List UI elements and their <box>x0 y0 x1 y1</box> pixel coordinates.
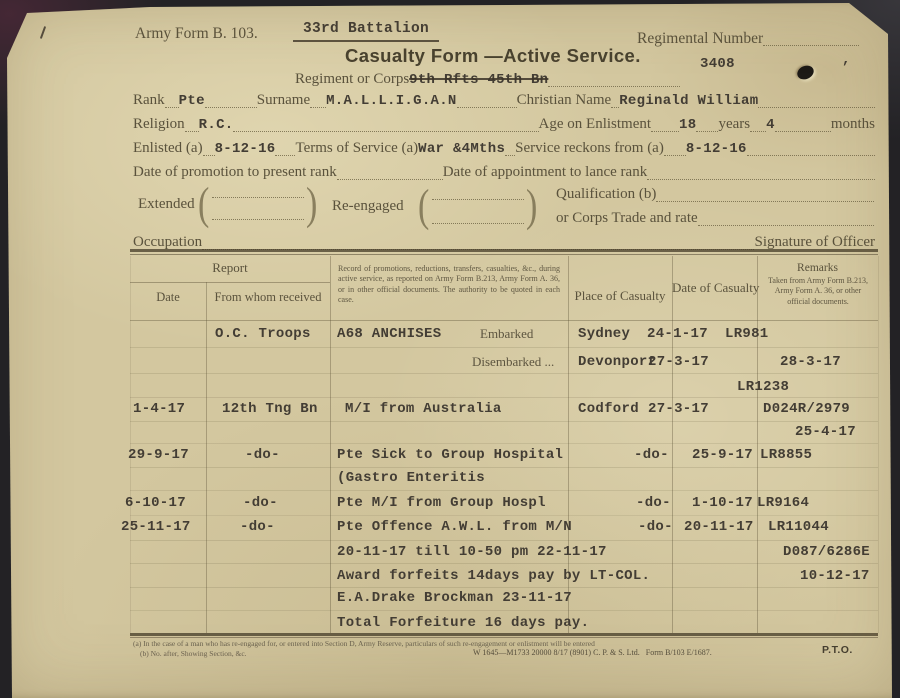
cell-record: Award forfeits 14days pay by LT-COL. <box>337 568 650 584</box>
paper-hole <box>795 63 816 82</box>
form-title: Casualty Form —Active Service. <box>345 45 641 67</box>
open-brace: ( <box>418 187 429 228</box>
service-reckons-label: Service reckons from (a) <box>515 140 664 157</box>
pencil-mark <box>40 26 46 39</box>
promotion-label: Date of promotion to present rank <box>133 164 337 181</box>
religion-value: R.C. <box>199 117 234 133</box>
regimental-number-label: Regimental Number <box>637 30 763 48</box>
report-header: Report <box>130 260 330 276</box>
cell-place: -do- <box>636 495 671 511</box>
cell-casualty-date: 1-10-17 <box>692 495 753 511</box>
close-brace: ) <box>526 187 537 228</box>
table-border <box>878 256 879 633</box>
cell-from-whom: -do- <box>245 447 280 463</box>
cell-casualty-date: 24-1-17 <box>647 326 708 342</box>
service-reckons-value: 8-12-16 <box>686 141 747 157</box>
terms-label: Terms of Service (a) <box>295 140 418 157</box>
embarked-label: Embarked <box>480 326 533 342</box>
screenshot-root: { "header": { "army_form": "Army Form B.… <box>0 0 900 698</box>
disembarked-label: Disembarked ... <box>472 354 554 370</box>
cell-casualty-date: 20-11-17 <box>684 519 754 535</box>
remarks-note: Taken from Army Form B.213, Army Form A.… <box>765 276 871 307</box>
table-row: E.A.Drake Brockman 23-11-17 <box>0 590 900 610</box>
table-row: 6-10-17 -do- Pte M/I from Group Hospl -d… <box>0 495 900 515</box>
age-label: Age on Enlistment <box>539 116 652 133</box>
cell-record: (Gastro Enteritis <box>337 470 485 486</box>
cell-record: Pte M/I from Group Hospl <box>337 495 546 511</box>
age-years-value: 18 <box>679 117 696 133</box>
date-header: Date <box>130 290 206 305</box>
table-row: Total Forfeiture 16 days pay. <box>0 615 900 635</box>
surname-value: M.A.L.L.I.G.A.N <box>326 93 457 109</box>
dotted-leader <box>763 34 859 46</box>
cell-place: -do- <box>634 447 669 463</box>
table-row: 20-11-17 till 10-50 pm 22-11-17 D087/628… <box>0 544 900 564</box>
cell-remarks: LR1238 <box>737 379 789 395</box>
rank-value: Pte <box>179 93 205 109</box>
cell-date: 6-10-17 <box>125 495 186 511</box>
scanned-form-paper: , Army Form B. 103. 33rd Battalion Regim… <box>0 0 900 698</box>
column-line <box>330 256 331 633</box>
table-row: 1-4-17 12th Tng Bn M/I from Australia Co… <box>0 401 900 421</box>
pto-label: P.T.O. <box>822 644 853 656</box>
column-line <box>206 282 207 633</box>
cell-remarks: 28-3-17 <box>780 354 841 370</box>
close-brace: ) <box>306 185 317 226</box>
cell-record: E.A.Drake Brockman 23-11-17 <box>337 590 572 606</box>
lance-label: Date of appointment to lance rank <box>443 164 648 181</box>
cell-casualty-date: 27-3-17 <box>648 401 709 417</box>
cell-remarks: LR8855 <box>760 447 812 463</box>
place-header: Place of Casualty <box>568 288 672 304</box>
cell-record: 20-11-17 till 10-50 pm 22-11-17 <box>337 544 607 560</box>
qualification-label: Qualification (b) <box>556 186 656 203</box>
record-header: Record of promotions, reductions, transf… <box>338 264 560 306</box>
cell-remarks: D087/6286E <box>783 544 870 560</box>
table-row: 25-11-17 -do- Pte Offence A.W.L. from M/… <box>0 519 900 539</box>
report-underline <box>130 282 330 283</box>
cell-record: Pte Offence A.W.L. from M/N <box>337 519 572 535</box>
dotted-leader <box>548 75 680 87</box>
table-row: Award forfeits 14days pay by LT-COL. 10-… <box>0 568 900 588</box>
printer-imprint: W 1645—M1733 20000 8/17 (8901) C. P. & S… <box>473 648 712 657</box>
comma-artifact: , <box>842 52 851 68</box>
cell-record: A68 ANCHISES <box>337 326 441 342</box>
regimental-number-value: 3408 <box>700 56 735 72</box>
signature-label: Signature of Officer <box>754 234 875 251</box>
rank-label: Rank <box>133 92 165 109</box>
cell-from-whom: -do- <box>243 495 278 511</box>
table-bottom-rule <box>130 637 878 638</box>
cell-date: 29-9-17 <box>128 447 189 463</box>
years-label: years <box>718 116 750 133</box>
regiment-or-corps-label: Regiment or Corps <box>295 71 409 88</box>
table-border <box>130 256 131 633</box>
cell-date: 1-4-17 <box>133 401 185 417</box>
table-bottom-rule <box>130 633 878 636</box>
enlisted-label: Enlisted (a) <box>133 140 203 157</box>
table-row: O.C. Troops A68 ANCHISES Embarked Sydney… <box>0 326 900 346</box>
army-form-label: Army Form B. 103. <box>135 25 258 43</box>
table-row: 25-4-17 <box>0 424 900 444</box>
regiment-or-corps-value: 9th Rfts 45th Bn <box>409 72 548 88</box>
cell-from-whom: O.C. Troops <box>215 326 311 342</box>
cell-remarks: LR9164 <box>757 495 809 511</box>
cell-remarks: LR981 <box>725 326 769 342</box>
cell-remarks: D024R/2979 <box>763 401 850 417</box>
christian-name-label: Christian Name <box>517 92 612 109</box>
cell-casualty-date: 27-3-17 <box>648 354 709 370</box>
cell-place: -do- <box>638 519 673 535</box>
occupation-label: Occupation <box>133 234 202 251</box>
cell-record: M/I from Australia <box>345 401 502 417</box>
from-whom-header: From whom received <box>206 290 330 305</box>
cell-place: Sydney <box>578 326 630 342</box>
footnote-b: (b) No. after, Showing Section, &c. <box>140 649 247 658</box>
column-line <box>568 256 569 633</box>
remarks-header: Remarks <box>757 262 878 274</box>
cell-date: 25-11-17 <box>121 519 191 535</box>
battalion-title: 33rd Battalion <box>293 21 439 42</box>
reengaged-label: Re-engaged <box>332 198 404 215</box>
cell-remarks: LR11044 <box>768 519 829 535</box>
table-row: (Gastro Enteritis <box>0 470 900 490</box>
column-line <box>672 256 673 633</box>
christian-name-value: Reginald William <box>619 93 758 109</box>
divider-rule <box>130 254 878 255</box>
enlisted-value: 8-12-16 <box>215 141 276 157</box>
surname-label: Surname <box>257 92 310 109</box>
column-line <box>757 256 758 633</box>
religion-label: Religion <box>133 116 185 133</box>
table-row: Disembarked ... Devonport 27-3-17 28-3-1… <box>0 354 900 374</box>
corps-trade-label: or Corps Trade and rate <box>556 210 698 227</box>
cell-place: Devonport <box>578 354 656 370</box>
cell-record: Total Forfeiture 16 days pay. <box>337 615 589 631</box>
cell-remarks: 25-4-17 <box>795 424 856 440</box>
cell-from-whom: 12th Tng Bn <box>222 401 318 417</box>
divider-rule <box>130 249 878 252</box>
terms-value: War &4Mths <box>418 141 505 157</box>
cell-remarks: 10-12-17 <box>800 568 870 584</box>
cell-casualty-date: 25-9-17 <box>692 447 753 463</box>
table-row: LR1238 <box>0 379 900 399</box>
date-of-casualty-header: Date of Casualty <box>672 280 757 296</box>
table-row: 29-9-17 -do- Pte Sick to Group Hospital … <box>0 447 900 467</box>
cell-place: Codford <box>578 401 639 417</box>
months-label: months <box>831 116 875 133</box>
age-months-value: 4 <box>766 117 775 133</box>
footnote-a: (a) In the case of a man who has re-enga… <box>133 639 853 648</box>
cell-from-whom: -do- <box>240 519 275 535</box>
header-bottom-line <box>130 320 878 321</box>
open-brace: ( <box>198 185 209 226</box>
cell-record: Pte Sick to Group Hospital <box>337 447 563 463</box>
extended-label: Extended <box>138 196 195 213</box>
